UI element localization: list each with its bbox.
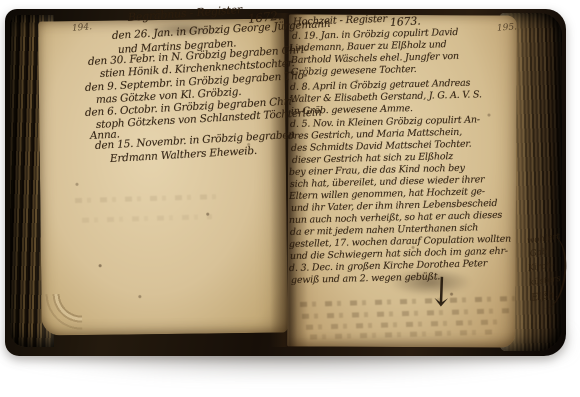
- page-number-right: 195.: [497, 22, 518, 33]
- register-year-right: 1673.: [390, 14, 421, 29]
- worn-corner-page-edges: [36, 294, 83, 337]
- page-number-left: 194.: [72, 22, 93, 34]
- ink-smudge: [140, 22, 230, 38]
- manuscript-photo: 194. 195. Begräbnüs - Register 1672. den…: [0, 0, 580, 397]
- ink-smudge: [388, 268, 472, 296]
